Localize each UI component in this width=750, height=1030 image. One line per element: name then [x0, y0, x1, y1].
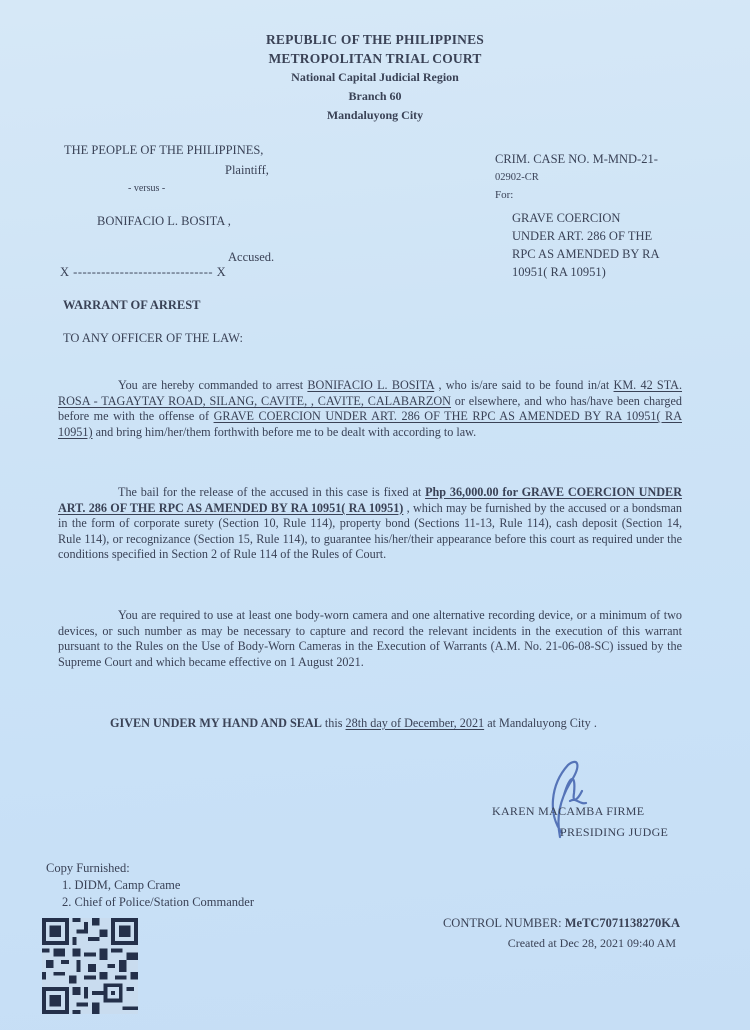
created-timestamp: Created at Dec 28, 2021 09:40 AM	[300, 936, 676, 951]
paragraph-command: You are hereby commanded to arrest BONIF…	[58, 378, 682, 440]
copy-furnished-item: 1. DIDM, Camp Crame	[46, 877, 254, 894]
paragraph-body-camera: You are required to use at least one bod…	[58, 608, 682, 670]
copy-furnished: Copy Furnished: 1. DIDM, Camp Crame 2. C…	[46, 860, 254, 911]
accused-name-inline: BONIFACIO L. BOSITA	[307, 378, 434, 392]
court-header: REPUBLIC OF THE PHILIPPINES METROPOLITAN…	[0, 30, 750, 125]
caption-separator: X ------------------------------ X	[60, 265, 226, 280]
document-title: WARRANT OF ARREST	[63, 298, 201, 313]
issue-date: 28th day of December, 2021	[346, 716, 485, 730]
header-republic: REPUBLIC OF THE PHILIPPINES	[0, 30, 750, 49]
accused-label: Accused.	[228, 250, 274, 265]
header-city: Mandaluyong City	[0, 106, 750, 125]
signatory-title: PRESIDING JUDGE	[560, 825, 668, 840]
case-offense: GRAVE COERCION UNDER ART. 286 OF THE RPC…	[512, 209, 660, 281]
case-number-line2: 02902-CR	[495, 172, 539, 183]
given-under-seal: GIVEN UNDER MY HAND AND SEAL this 28th d…	[50, 712, 682, 734]
control-number: MeTC7071138270KA	[565, 916, 680, 930]
control-number-line: CONTROL NUMBER: MeTC7071138270KA	[300, 916, 680, 931]
copy-furnished-label: Copy Furnished:	[46, 860, 254, 877]
case-number-line1: CRIM. CASE NO. M-MND-21-	[495, 152, 658, 167]
accused-name: BONIFACIO L. BOSITA ,	[97, 214, 231, 229]
paragraph-bail: The bail for the release of the accused …	[58, 485, 682, 563]
header-branch: Branch 60	[0, 87, 750, 106]
signatory-name: KAREN MACAMBA FIRME	[492, 804, 644, 819]
header-region: National Capital Judicial Region	[0, 68, 750, 87]
copy-furnished-item: 2. Chief of Police/Station Commander	[46, 894, 254, 911]
qr-code-icon	[42, 918, 138, 1014]
plaintiff-name: THE PEOPLE OF THE PHILIPPINES,	[64, 143, 263, 158]
versus: - versus -	[128, 183, 165, 194]
for-label: For:	[495, 189, 513, 201]
header-court: METROPOLITAN TRIAL COURT	[0, 49, 750, 68]
plaintiff-label: Plaintiff,	[225, 163, 269, 178]
addressee: TO ANY OFFICER OF THE LAW:	[63, 331, 243, 346]
